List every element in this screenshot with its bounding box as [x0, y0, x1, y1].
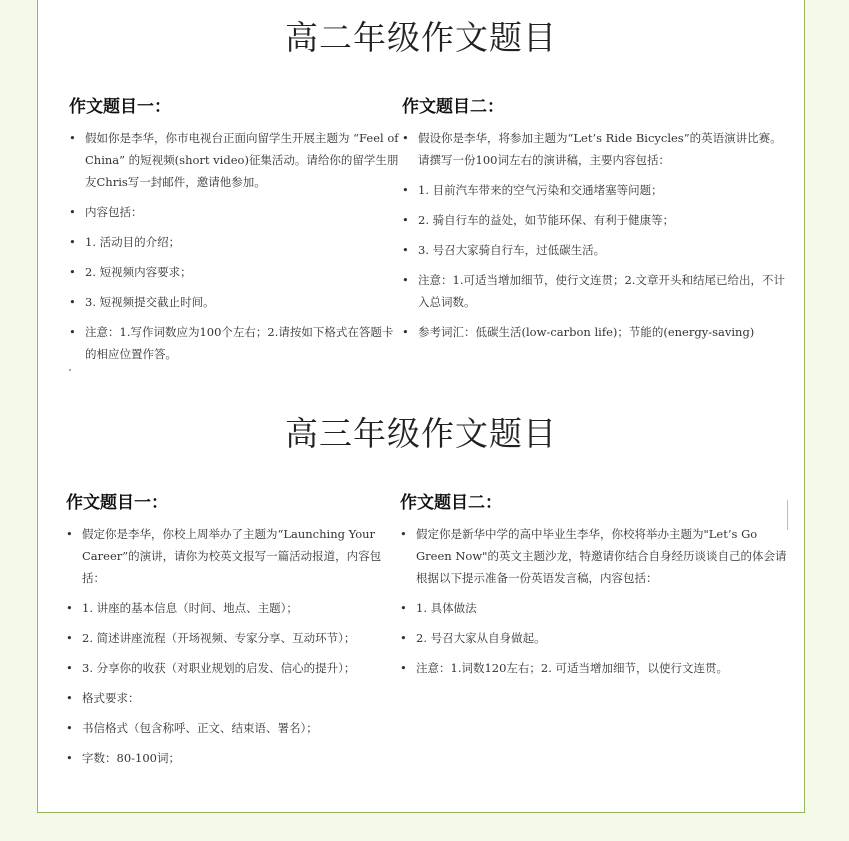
list-item: 1. 目前汽车带来的空气污染和交通堵塞等问题； [402, 179, 792, 201]
list-item: 假定你是新华中学的高中毕业生李华，你校将举办主题为"Let’s Go Green… [400, 523, 792, 589]
question-heading: 作文题目一： [66, 488, 398, 513]
text-cursor-line [787, 500, 788, 530]
grade3-question2: 作文题目二： 假定你是新华中学的高中毕业生李华，你校将举办主题为"Let’s G… [400, 488, 792, 687]
list-item: 3. 短视频提交截止时间。 [69, 291, 399, 313]
question-heading: 作文题目二： [402, 92, 792, 117]
list-item: 假如你是李华，你市电视台正面向留学生开展主题为 “Feel of China” … [69, 127, 399, 193]
list-item: 注意：1.词数120左右；2. 可适当增加细节，以使行文连贯。 [400, 657, 792, 679]
list-item: 字数：80-100词； [66, 747, 398, 769]
list-item: 2. 简述讲座流程（开场视频、专家分享、互动环节）； [66, 627, 398, 649]
grade3-question1: 作文题目一： 假定你是李华，你校上周举办了主题为“Launching Your … [66, 488, 398, 777]
grade2-question2: 作文题目二： 假设你是李华，将参加主题为“Let’s Ride Bicycles… [402, 92, 792, 351]
list-item: 内容包括： [69, 201, 399, 223]
list-item: 3. 号召大家骑自行车，过低碳生活。 [402, 239, 792, 261]
grade2-question1: 作文题目一： 假如你是李华，你市电视台正面向留学生开展主题为 “Feel of … [69, 92, 399, 373]
question-items: 假设你是李华，将参加主题为“Let’s Ride Bicycles”的英语演讲比… [402, 127, 792, 343]
question-heading: 作文题目一： [69, 92, 399, 117]
list-item: 1. 具体做法 [400, 597, 792, 619]
grade3-title: 高三年级作文题目 [38, 408, 804, 455]
list-item: 注意：1.可适当增加细节，使行文连贯；2.文章开头和结尾已给出，不计入总词数。 [402, 269, 792, 313]
question-items: 假定你是新华中学的高中毕业生李华，你校将举办主题为"Let’s Go Green… [400, 523, 792, 679]
list-item: 格式要求： [66, 687, 398, 709]
list-item: 假定你是李华，你校上周举办了主题为“Launching Your Career”… [66, 523, 398, 589]
list-item: 2. 骑自行车的益处，如节能环保、有利于健康等； [402, 209, 792, 231]
stray-dot [69, 369, 71, 371]
list-item: 书信格式（包含称呼、正文、结束语、署名）； [66, 717, 398, 739]
question-items: 假如你是李华，你市电视台正面向留学生开展主题为 “Feel of China” … [69, 127, 399, 365]
list-item: 假设你是李华，将参加主题为“Let’s Ride Bicycles”的英语演讲比… [402, 127, 792, 171]
list-item: 3. 分享你的收获（对职业规划的启发、信心的提升）； [66, 657, 398, 679]
grade2-title: 高二年级作文题目 [38, 12, 804, 59]
question-items: 假定你是李华，你校上周举办了主题为“Launching Your Career”… [66, 523, 398, 769]
list-item: 参考词汇：低碳生活(low-carbon life)；节能的(energy-sa… [402, 321, 792, 343]
list-item: 1. 活动目的介绍； [69, 231, 399, 253]
list-item: 1. 讲座的基本信息（时间、地点、主题）； [66, 597, 398, 619]
question-heading: 作文题目二： [400, 488, 792, 513]
list-item: 2. 号召大家从自身做起。 [400, 627, 792, 649]
list-item: 注意：1.写作词数应为100个左右；2.请按如下格式在答题卡的相应位置作答。 [69, 321, 399, 365]
document-page: 高二年级作文题目 作文题目一： 假如你是李华，你市电视台正面向留学生开展主题为 … [37, 0, 805, 813]
list-item: 2. 短视频内容要求； [69, 261, 399, 283]
